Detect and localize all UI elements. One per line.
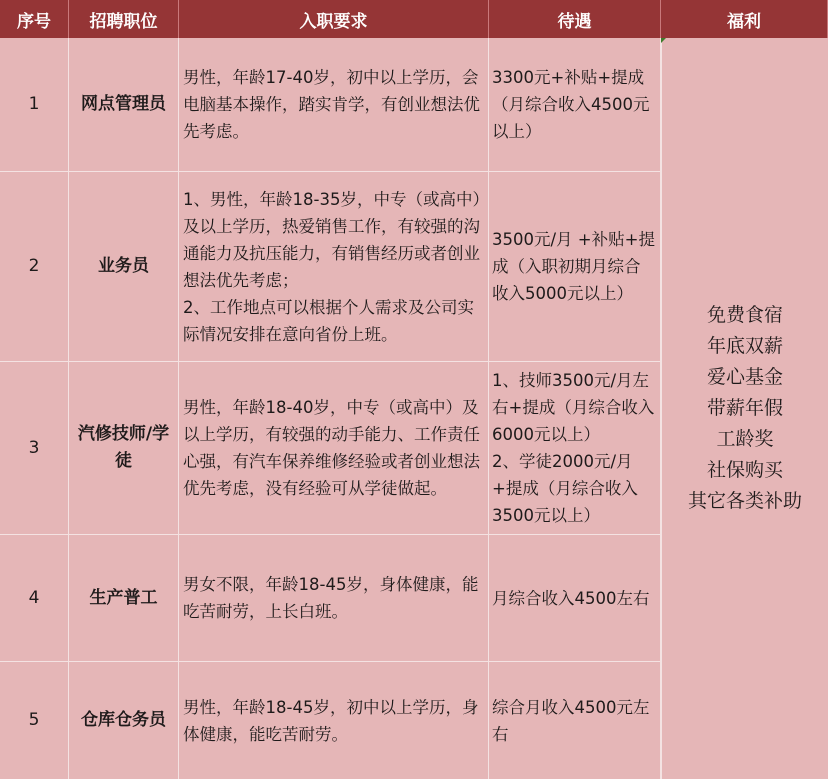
row-3-number: 3 — [0, 362, 69, 535]
header-pay: 待遇 — [489, 0, 661, 38]
benefit-item: 爱心基金 — [707, 362, 783, 393]
benefit-item: 带薪年假 — [707, 393, 783, 424]
row-2-position: 业务员 — [69, 172, 179, 362]
row-2-pay: 3500元/月 +补贴+提成（入职初期月综合收入5000元以上） — [489, 172, 661, 362]
row-1-pay: 3300元+补贴+提成（月综合收入4500元以上） — [489, 38, 661, 172]
header-number: 序号 — [0, 0, 69, 38]
benefit-item: 免费食宿 — [707, 300, 783, 331]
header-position: 招聘职位 — [69, 0, 179, 38]
header-benefits: 福利 — [661, 0, 828, 38]
row-3-requirements: 男性，年龄18-40岁，中专（或高中）及以上学历，有较强的动手能力、工作责任心强… — [179, 362, 489, 535]
row-3-position: 汽修技师/学徒 — [69, 362, 179, 535]
row-5-requirements: 男性，年龄18-45岁，初中以上学历，身体健康，能吃苦耐劳。 — [179, 662, 489, 779]
row-2-requirements: 1、男性，年龄18-35岁，中专（或高中）及以上学历，热爱销售工作，有较强的沟通… — [179, 172, 489, 362]
benefit-item: 年底双薪 — [707, 331, 783, 362]
row-4-position: 生产普工 — [69, 535, 179, 662]
benefit-item: 社保购买 — [707, 455, 783, 486]
header-requirements: 入职要求 — [179, 0, 489, 38]
recruitment-table: 序号 招聘职位 入职要求 待遇 福利 1 网点管理员 男性，年龄17-40岁，初… — [0, 0, 828, 779]
benefit-item: 工龄奖 — [716, 424, 773, 455]
row-1-requirements: 男性，年龄17-40岁，初中以上学历，会电脑基本操作，踏实肯学，有创业想法优先考… — [179, 38, 489, 172]
row-4-pay: 月综合收入4500左右 — [489, 535, 661, 662]
row-2-number: 2 — [0, 172, 69, 362]
row-5-position: 仓库仓务员 — [69, 662, 179, 779]
benefits-cell: 免费食宿 年底双薪 爱心基金 带薪年假 工龄奖 社保购买 其它各类补助 — [661, 38, 828, 779]
benefit-item: 其它各类补助 — [688, 486, 802, 517]
row-3-pay: 1、技师3500元/月左右+提成（月综合收入6000元以上） 2、学徒2000元… — [489, 362, 661, 535]
comment-indicator-icon — [661, 38, 666, 43]
row-5-number: 5 — [0, 662, 69, 779]
row-1-position: 网点管理员 — [69, 38, 179, 172]
row-5-pay: 综合月收入4500元左右 — [489, 662, 661, 779]
row-1-number: 1 — [0, 38, 69, 172]
row-4-number: 4 — [0, 535, 69, 662]
row-4-requirements: 男女不限，年龄18-45岁，身体健康，能吃苦耐劳，上长白班。 — [179, 535, 489, 662]
